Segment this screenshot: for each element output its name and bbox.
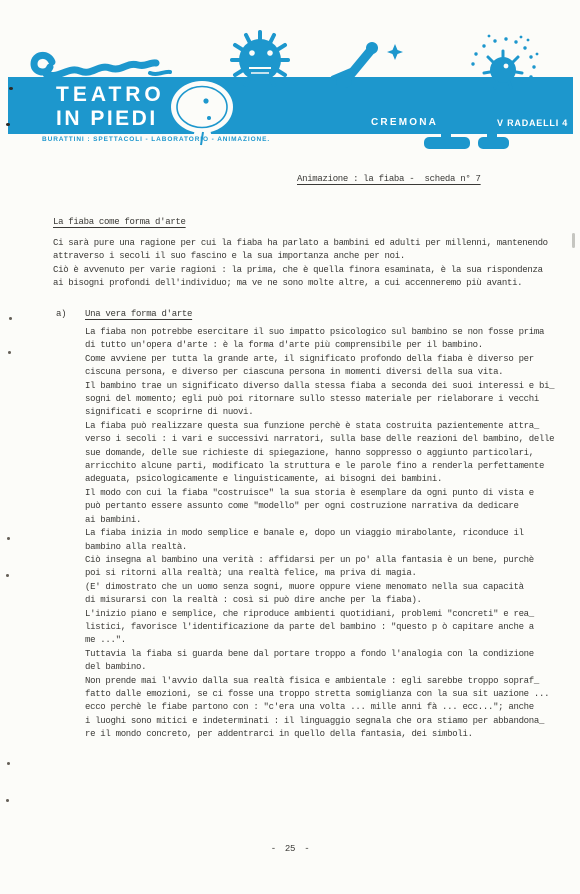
margin-speck <box>6 799 9 802</box>
subsection-heading: Una vera forma d'arte <box>85 308 192 321</box>
punch-mark <box>6 123 10 126</box>
page-number: - 25 - <box>0 843 580 856</box>
squiggle-worm-icon <box>34 55 170 75</box>
subsection-body: La fiaba non potrebbe esercitare il suo … <box>85 326 577 742</box>
intro-paragraphs: Ci sarà pure una ragione per cui la fiab… <box>53 237 565 291</box>
document-page: TEATRO IN PIEDI CREMONA V RADAELLI 4 BUR… <box>0 0 580 894</box>
margin-speck <box>7 762 10 765</box>
section-heading: La fiaba come forma d'arte <box>53 216 186 229</box>
sparkle-star-icon <box>387 44 403 60</box>
list-item-marker: a) <box>56 308 66 321</box>
document-title: Animazione : la fiaba - scheda n° 7 <box>297 173 481 186</box>
margin-speck <box>8 351 11 354</box>
banner-address-label: V RADAELLI 4 <box>497 118 568 128</box>
brand-wordmark: TEATRO IN PIEDI <box>56 84 165 129</box>
margin-speck <box>6 574 9 577</box>
margin-speck <box>7 537 10 540</box>
margin-speck <box>9 317 12 320</box>
banner-city-label: CREMONA <box>371 117 438 128</box>
brand-line-2: IN PIEDI <box>56 108 165 129</box>
punch-mark <box>9 87 13 90</box>
banner-subtitle-label: BURATTINI : SPETTACOLI - LABORATORIO - A… <box>42 136 270 143</box>
scan-edge-mark <box>572 233 575 248</box>
brand-line-1: TEATRO <box>56 84 165 105</box>
